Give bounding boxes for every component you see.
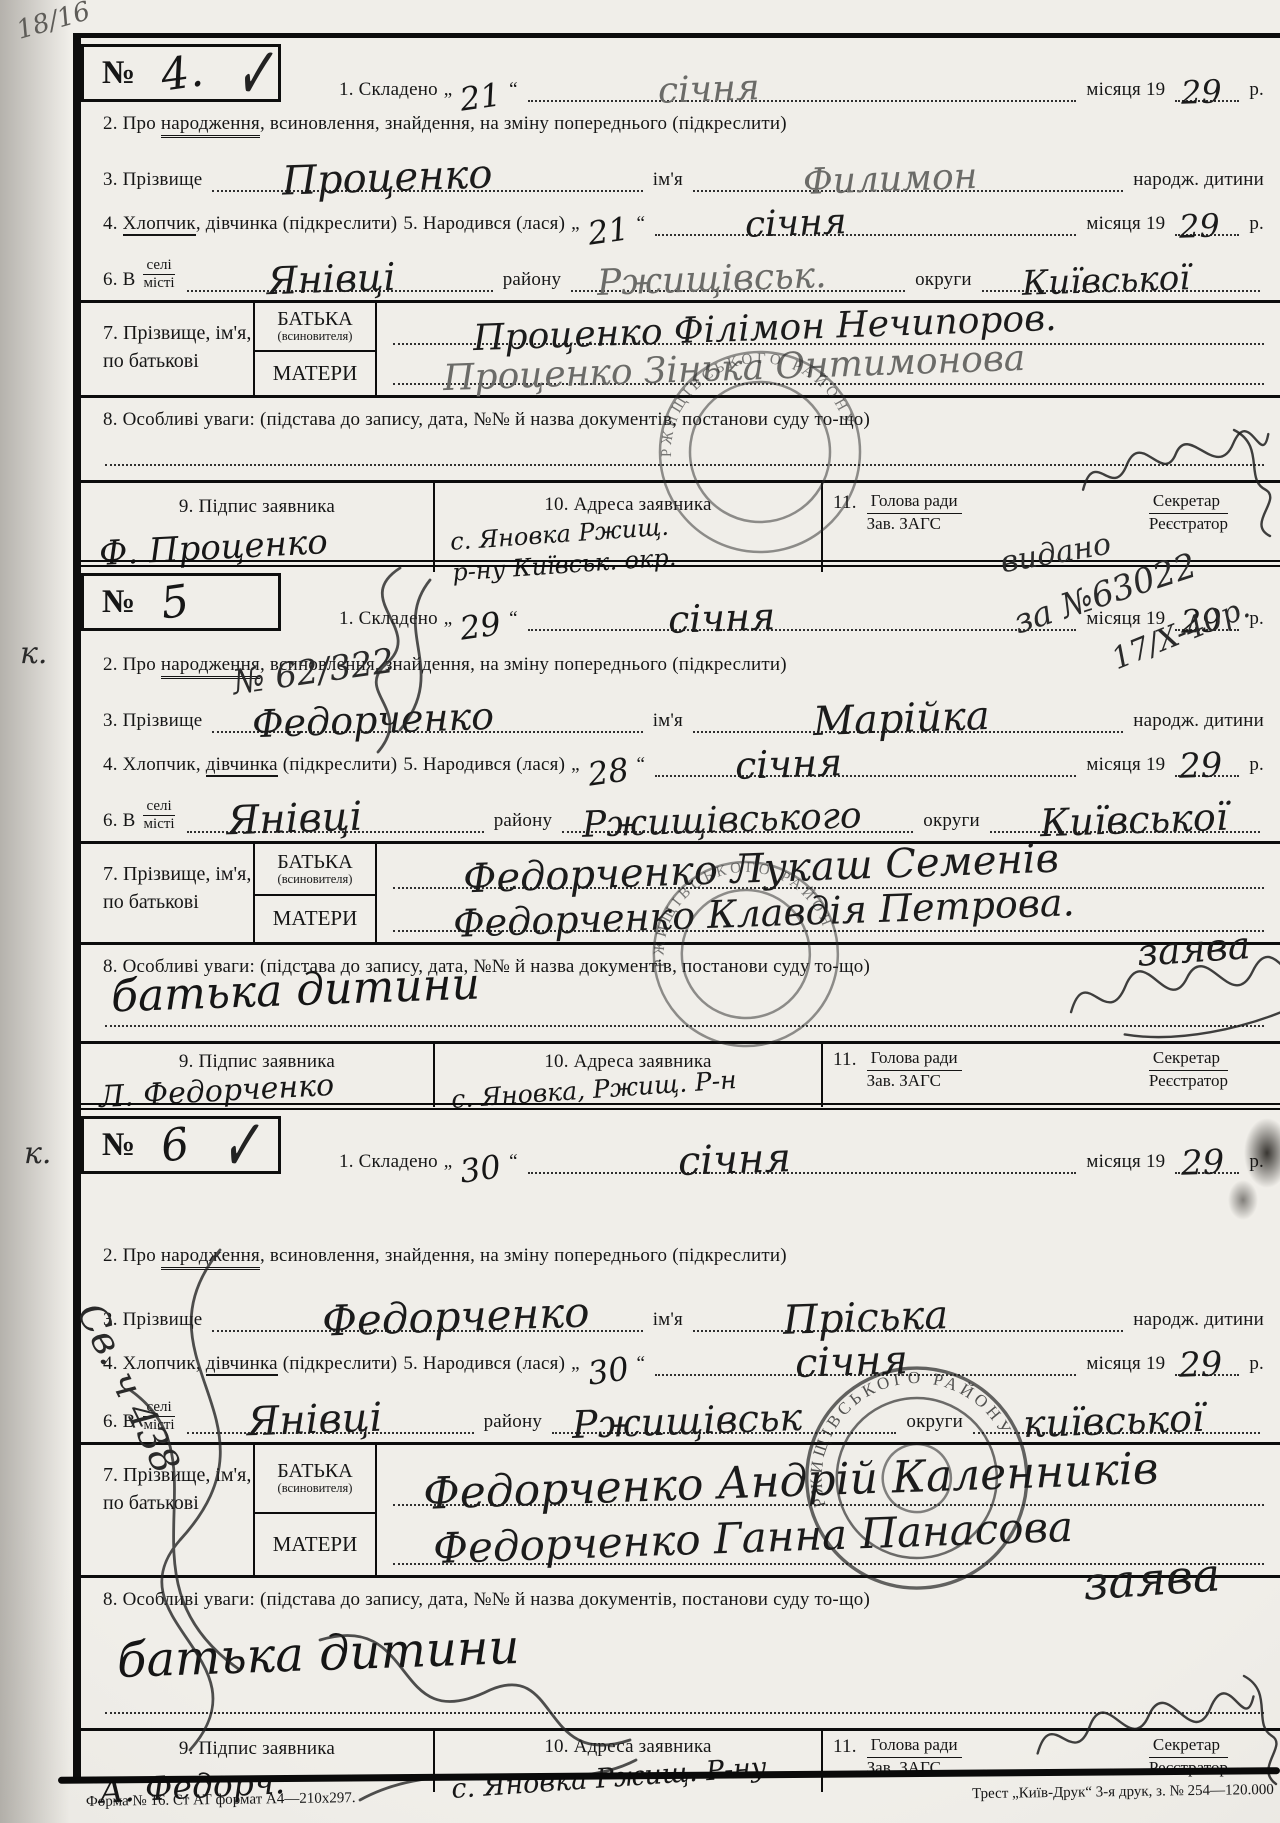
form-footer-right: Трест „Київ-Друк“ 3-я друк, з. № 254—120… [972,1782,1274,1803]
village-line: Янівці [187,288,493,292]
field-label-applicant-sign: 9. Підпис заявника [179,496,335,517]
born-year-value: 29 [1179,1347,1223,1382]
applicant-signature-cell: 9. Підпис заявника Ф. Проценко [81,483,433,572]
born-month-line: січня [655,232,1076,236]
record-entry-4: № 4. ✓ 1. Складено „ 21 “ січня місяця 1… [81,38,1280,560]
parents-header-column: БАТЬКА (всиновителя) МАТЕРИ [253,303,377,395]
field-label-remarks: 8. Особливі уваги: (підстава до запису, … [103,408,870,432]
composed-month-value: січня [677,1138,791,1182]
okruha-value: київської [1022,1399,1204,1443]
record-entry-5: № 5 1. Складено „ 29 “ січня місяця 19 2… [81,560,1280,1103]
child-name-value: Филимон [802,159,978,201]
village-value: Янівці [266,258,396,300]
remark-value-a: заява [1135,923,1251,975]
father-line: Проценко Філімон Нечипоров. [393,303,1264,345]
name-line: Филимон [693,188,1123,192]
field-label-born: 5. Народився (лася) [403,212,565,236]
number-sign: № [102,584,135,621]
record-number-box: № 6 ✓ [81,1116,281,1174]
field-label-composed: 1. Складено [339,78,438,102]
head-zags-labels: Голова радиЗав. ЗАГС [867,491,962,535]
check-mark: ✓ [219,1097,270,1193]
born-day-value: 30 [585,1362,631,1381]
composed-year-value: 29 [1181,75,1223,108]
village-city-fraction: селімісті [143,257,174,292]
number-sign: № [102,55,135,92]
field-label-child: народж. дитини [1133,168,1264,192]
field-label-surname: 3. Прізвище [103,168,202,192]
village-value: Янівці [226,796,363,841]
field-label-okruha: округи [915,268,972,292]
scanned-registry-page: № 4. ✓ 1. Складено „ 21 “ січня місяця 1… [0,0,1280,1823]
composed-day-value: 29 [458,617,504,636]
surname-value: Проценко [282,154,494,201]
composed-day-value: 21 [458,88,504,107]
field-label-name: ім'я [653,168,683,192]
field-label-applicant-addr: 10. Адреса заявника [544,494,711,515]
underlined-boy: Хлопчик [123,213,196,236]
remarks-line [105,464,1264,466]
record-number-box: № 4. ✓ [81,44,281,102]
check-mark: ✓ [233,25,284,121]
scan-blemish [1228,1180,1258,1220]
born-month-value: січня [744,204,847,244]
okruha-value: Київської [1021,261,1190,301]
okruha-line: Київської [982,288,1260,292]
secretary-labels: СекретарРеєстратор [1149,491,1228,535]
born-day-value: 28 [585,763,631,782]
composed-month-value: січня [667,597,776,639]
mother-value: Федорченко Ганна Панасова [432,1506,1073,1570]
composed-year-line: 29 [1175,98,1239,102]
field-label-about: 2. Про народження, всиновлення, знайденн… [103,113,787,138]
remark-value-a: заява [1081,1547,1222,1610]
born-day-value: 21 [585,222,631,241]
rayon-value: Ржищівського [582,798,863,844]
underlined-girl: дівчинка [206,754,278,777]
born-year-value: 29 [1179,748,1223,783]
rayon-line: Ржищівськ. [571,288,905,292]
field-label-parents: 7. Прізвище, ім'я,по батькові [81,303,253,395]
father-subheader: (всиновителя) [278,330,353,343]
record-number-value: 5 [158,575,193,629]
number-sign: № [102,1127,135,1164]
composed-day-value: 30 [458,1160,504,1179]
field-label-r: р. [1249,78,1264,102]
mother-value: Проценко Зінька Онтимонова [443,341,1026,397]
mother-header: МАТЕРИ [273,361,358,386]
scan-edge-shadow [0,0,70,1823]
record-number-value: 4. [158,45,207,101]
field-label-sex: 4. Хлопчик, дівчинка (підкреслити) [103,212,397,236]
born-year-value: 29 [1179,209,1221,242]
margin-note-k: к. [24,1136,51,1171]
child-name-value: Марійка [812,696,990,742]
composed-month-value: січня [657,70,760,110]
applicant-address-cell: 10. Адреса заявника с. Яновка Ржищ.р-ну … [433,483,823,572]
okruha-value: Київської [1039,797,1228,842]
born-month-value: січня [734,743,843,785]
field-label-rayon: району [503,268,561,292]
field-label-month-19: місяця 19 [1086,78,1165,102]
surname-line: Проценко [212,188,642,192]
rayon-value: Ржищівськ [571,1398,802,1444]
quote-open: „ [444,78,453,102]
composed-year-value: 29 [1181,1145,1225,1180]
rayon-value: Ржищівськ. [597,258,828,302]
born-month-value: січня [794,1340,908,1384]
mother-line: Проценко Зінька Онтимонова [393,345,1264,385]
record-number-box: № 5 [81,573,281,631]
mother-value: Федорченко Клавдія Петрова. [453,883,1076,943]
field-label-in: 6. В [103,268,135,292]
quote-close: “ [509,78,518,102]
record-number-value: 6 [158,1118,193,1172]
father-header: БАТЬКА [277,309,352,330]
composed-month-line: січня [528,98,1077,102]
child-name-value: Пріська [782,1295,948,1341]
margin-note-k: к. [20,636,47,671]
